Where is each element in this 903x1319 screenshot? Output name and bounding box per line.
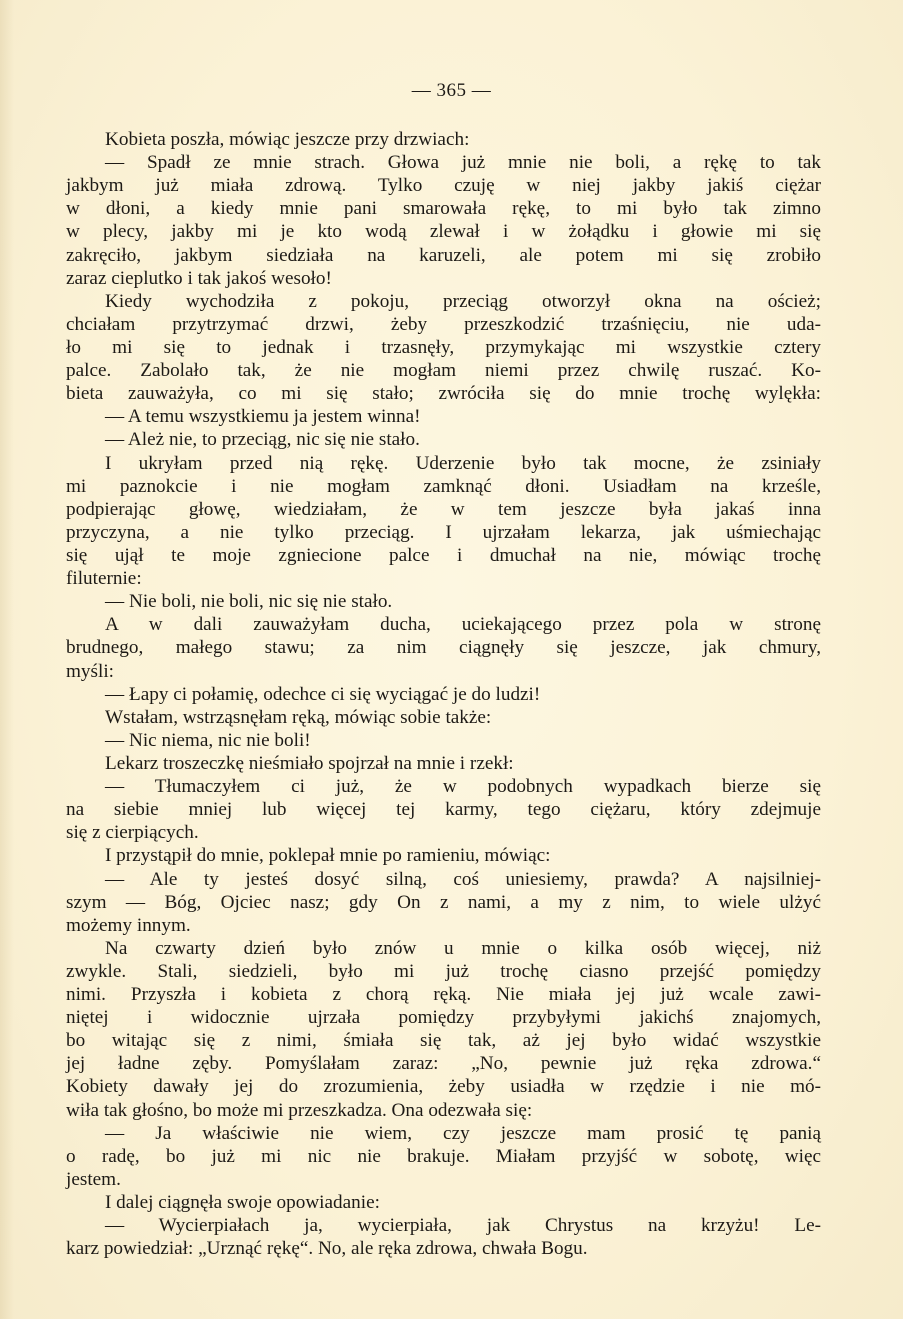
text-line: zaraz cieplutko i tak jakoś wesoło! <box>66 267 821 290</box>
text-line: Na czwarty dzień było znów u mnie o kilk… <box>66 937 821 960</box>
text-line: się z cierpiących. <box>66 821 821 844</box>
text-line: przyczyna, a nie tylko przeciąg. I ujrza… <box>66 521 821 544</box>
text-line: — Ależ nie, to przeciąg, nic się nie sta… <box>66 428 821 451</box>
text-line: jej ładne zęby. Pomyślałam zaraz: „No, p… <box>66 1052 821 1075</box>
page-number: — 365 — <box>0 80 903 102</box>
text-line: bo witając się z nimi, śmiała się tak, a… <box>66 1029 821 1052</box>
text-line: niętej i widocznie ujrzała pomiędzy przy… <box>66 1006 821 1029</box>
text-line: — Łapy ci połamię, odechce ci się wyciąg… <box>66 683 821 706</box>
text-line: filuternie: <box>66 567 821 590</box>
text-line: Lekarz troszeczkę nieśmiało spojrzał na … <box>66 752 821 775</box>
text-line: I dalej ciągnęła swoje opowiadanie: <box>66 1191 821 1214</box>
text-line: I przystąpił do mnie, poklepał mnie po r… <box>66 844 821 867</box>
text-line: jakbym już miała zdrową. Tylko czuję w n… <box>66 174 821 197</box>
text-line: — Ja właściwie nie wiem, czy jeszcze mam… <box>66 1122 821 1145</box>
text-line: nimi. Przyszła i kobieta z chorą ręką. N… <box>66 983 821 1006</box>
text-line: wiła tak głośno, bo może mi przeszkadza.… <box>66 1099 821 1122</box>
text-line: I ukryłam przed nią rękę. Uderzenie było… <box>66 452 821 475</box>
text-line: szym — Bóg, Ojciec nasz; gdy On z nami, … <box>66 891 821 914</box>
text-line: mi paznokcie i nie mogłam zamknąć dłoni.… <box>66 475 821 498</box>
body-text: Kobieta poszła, mówiąc jeszcze przy drzw… <box>66 128 821 1260</box>
text-line: — A temu wszystkiemu ja jestem winna! <box>66 405 821 428</box>
text-line: zakręciło, jakbym siedziała na karuzeli,… <box>66 244 821 267</box>
text-line: zwykle. Stali, siedzieli, było mi już tr… <box>66 960 821 983</box>
text-line: Kobiety dawały jej do zrozumienia, żeby … <box>66 1075 821 1098</box>
text-line: Wstałam, wstrząsnęłam ręką, mówiąc sobie… <box>66 706 821 729</box>
text-line: karz powiedział: „Urznąć rękę“. No, ale … <box>66 1237 821 1260</box>
text-line: Kobieta poszła, mówiąc jeszcze przy drzw… <box>66 128 821 151</box>
text-line: Kiedy wychodziła z pokoju, przeciąg otwo… <box>66 290 821 313</box>
text-line: jestem. <box>66 1168 821 1191</box>
text-line: bieta zauważyła, co mi się stało; zwróci… <box>66 382 821 405</box>
text-line: o radę, bo już mi nic nie brakuje. Miała… <box>66 1145 821 1168</box>
text-line: A w dali zauważyłam ducha, uciekającego … <box>66 613 821 636</box>
text-line: — Nie boli, nie boli, nic się nie stało. <box>66 590 821 613</box>
text-line: możemy innym. <box>66 914 821 937</box>
text-line: brudnego, małego stawu; za nim ciągnęły … <box>66 636 821 659</box>
text-line: się ujął te moje zgniecione palce i dmuc… <box>66 544 821 567</box>
text-line: chciałam przytrzymać drzwi, żeby przeszk… <box>66 313 821 336</box>
text-line: podpierając głowę, wiedziałam, że w tem … <box>66 498 821 521</box>
text-line: w plecy, jakby mi je kto wodą zlewał i w… <box>66 220 821 243</box>
text-line: na siebie mniej lub więcej tej karmy, te… <box>66 798 821 821</box>
text-line: — Spadł ze mnie strach. Głowa już mnie n… <box>66 151 821 174</box>
text-line: w dłoni, a kiedy mnie pani smarowała ręk… <box>66 197 821 220</box>
text-line: ło mi się to jednak i trzasnęły, przymyk… <box>66 336 821 359</box>
text-line: — Wycierpiałach ja, wycierpiała, jak Chr… <box>66 1214 821 1237</box>
text-line: — Nic niema, nic nie boli! <box>66 729 821 752</box>
text-line: — Ale ty jesteś dosyć silną, coś uniesie… <box>66 868 821 891</box>
text-line: palce. Zabolało tak, że nie mogłam niemi… <box>66 359 821 382</box>
text-line: — Tłumaczyłem ci już, że w podobnych wyp… <box>66 775 821 798</box>
page-edge-shadow <box>0 0 14 1319</box>
text-line: myśli: <box>66 660 821 683</box>
